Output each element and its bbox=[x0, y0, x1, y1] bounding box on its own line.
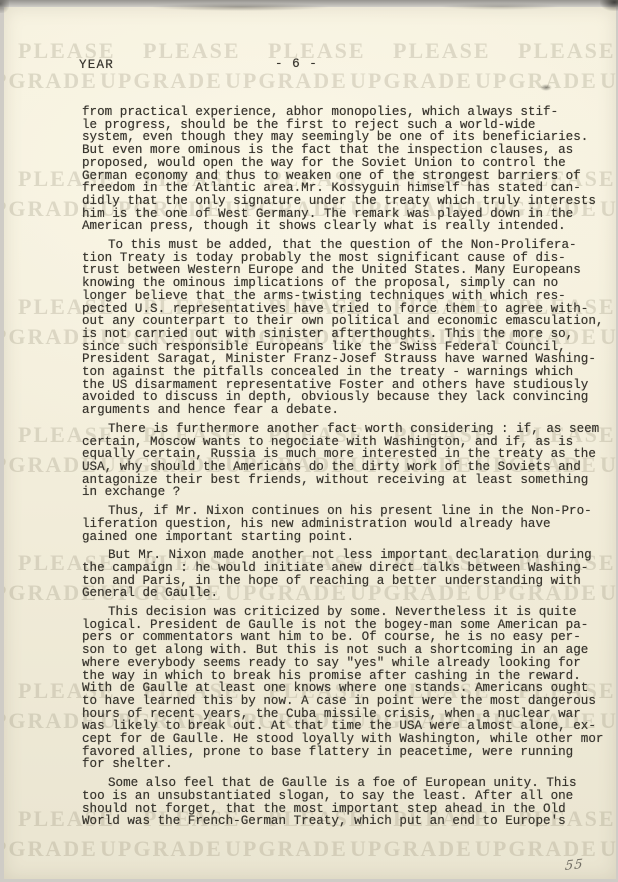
document-body: from practical experience, abhor monopol… bbox=[82, 106, 616, 834]
paragraph: There is furthermore another fact worth … bbox=[82, 423, 616, 499]
handwritten-page-mark: 55 bbox=[564, 857, 584, 874]
watermark-word: PLEASE bbox=[393, 38, 491, 64]
header-label: YEAR bbox=[79, 59, 114, 72]
watermark-word: PLEASE bbox=[143, 38, 241, 64]
watermark-word: UPGRADE bbox=[4, 836, 98, 862]
watermark-word: UPGRADE bbox=[600, 836, 616, 862]
watermark-word: UPGRADE bbox=[350, 68, 473, 94]
paragraph: But Mr. Nixon made another not less impo… bbox=[82, 549, 616, 600]
paragraph: This decision was criticized by some. Ne… bbox=[82, 606, 616, 771]
watermark-word: UPGRADE bbox=[100, 836, 223, 862]
page-number: - 6 - bbox=[275, 58, 318, 71]
watermark-word: UPGRADE bbox=[475, 68, 598, 94]
watermark-word: PLEASE bbox=[518, 38, 616, 64]
paragraph: Some also feel that de Gaulle is a foe o… bbox=[82, 777, 616, 828]
watermark-word: UPGRADE bbox=[350, 836, 473, 862]
paragraph: Thus, if Mr. Nixon continues on his pres… bbox=[82, 505, 616, 543]
paragraph: To this must be added, that the question… bbox=[82, 239, 616, 417]
scanned-document-page: { "watermark": { "line1": "PLEASE", "lin… bbox=[0, 0, 618, 882]
paper-sheet: PLEASEPLEASEPLEASEPLEASEPLEASEUPGRADEUPG… bbox=[4, 7, 616, 879]
watermark-word: UPGRADE bbox=[600, 68, 616, 94]
watermark-word: UPGRADE bbox=[225, 68, 348, 94]
watermark-word: UPGRADE bbox=[100, 68, 223, 94]
paragraph: from practical experience, abhor monopol… bbox=[82, 106, 616, 233]
watermark-word: UPGRADE bbox=[225, 836, 348, 862]
